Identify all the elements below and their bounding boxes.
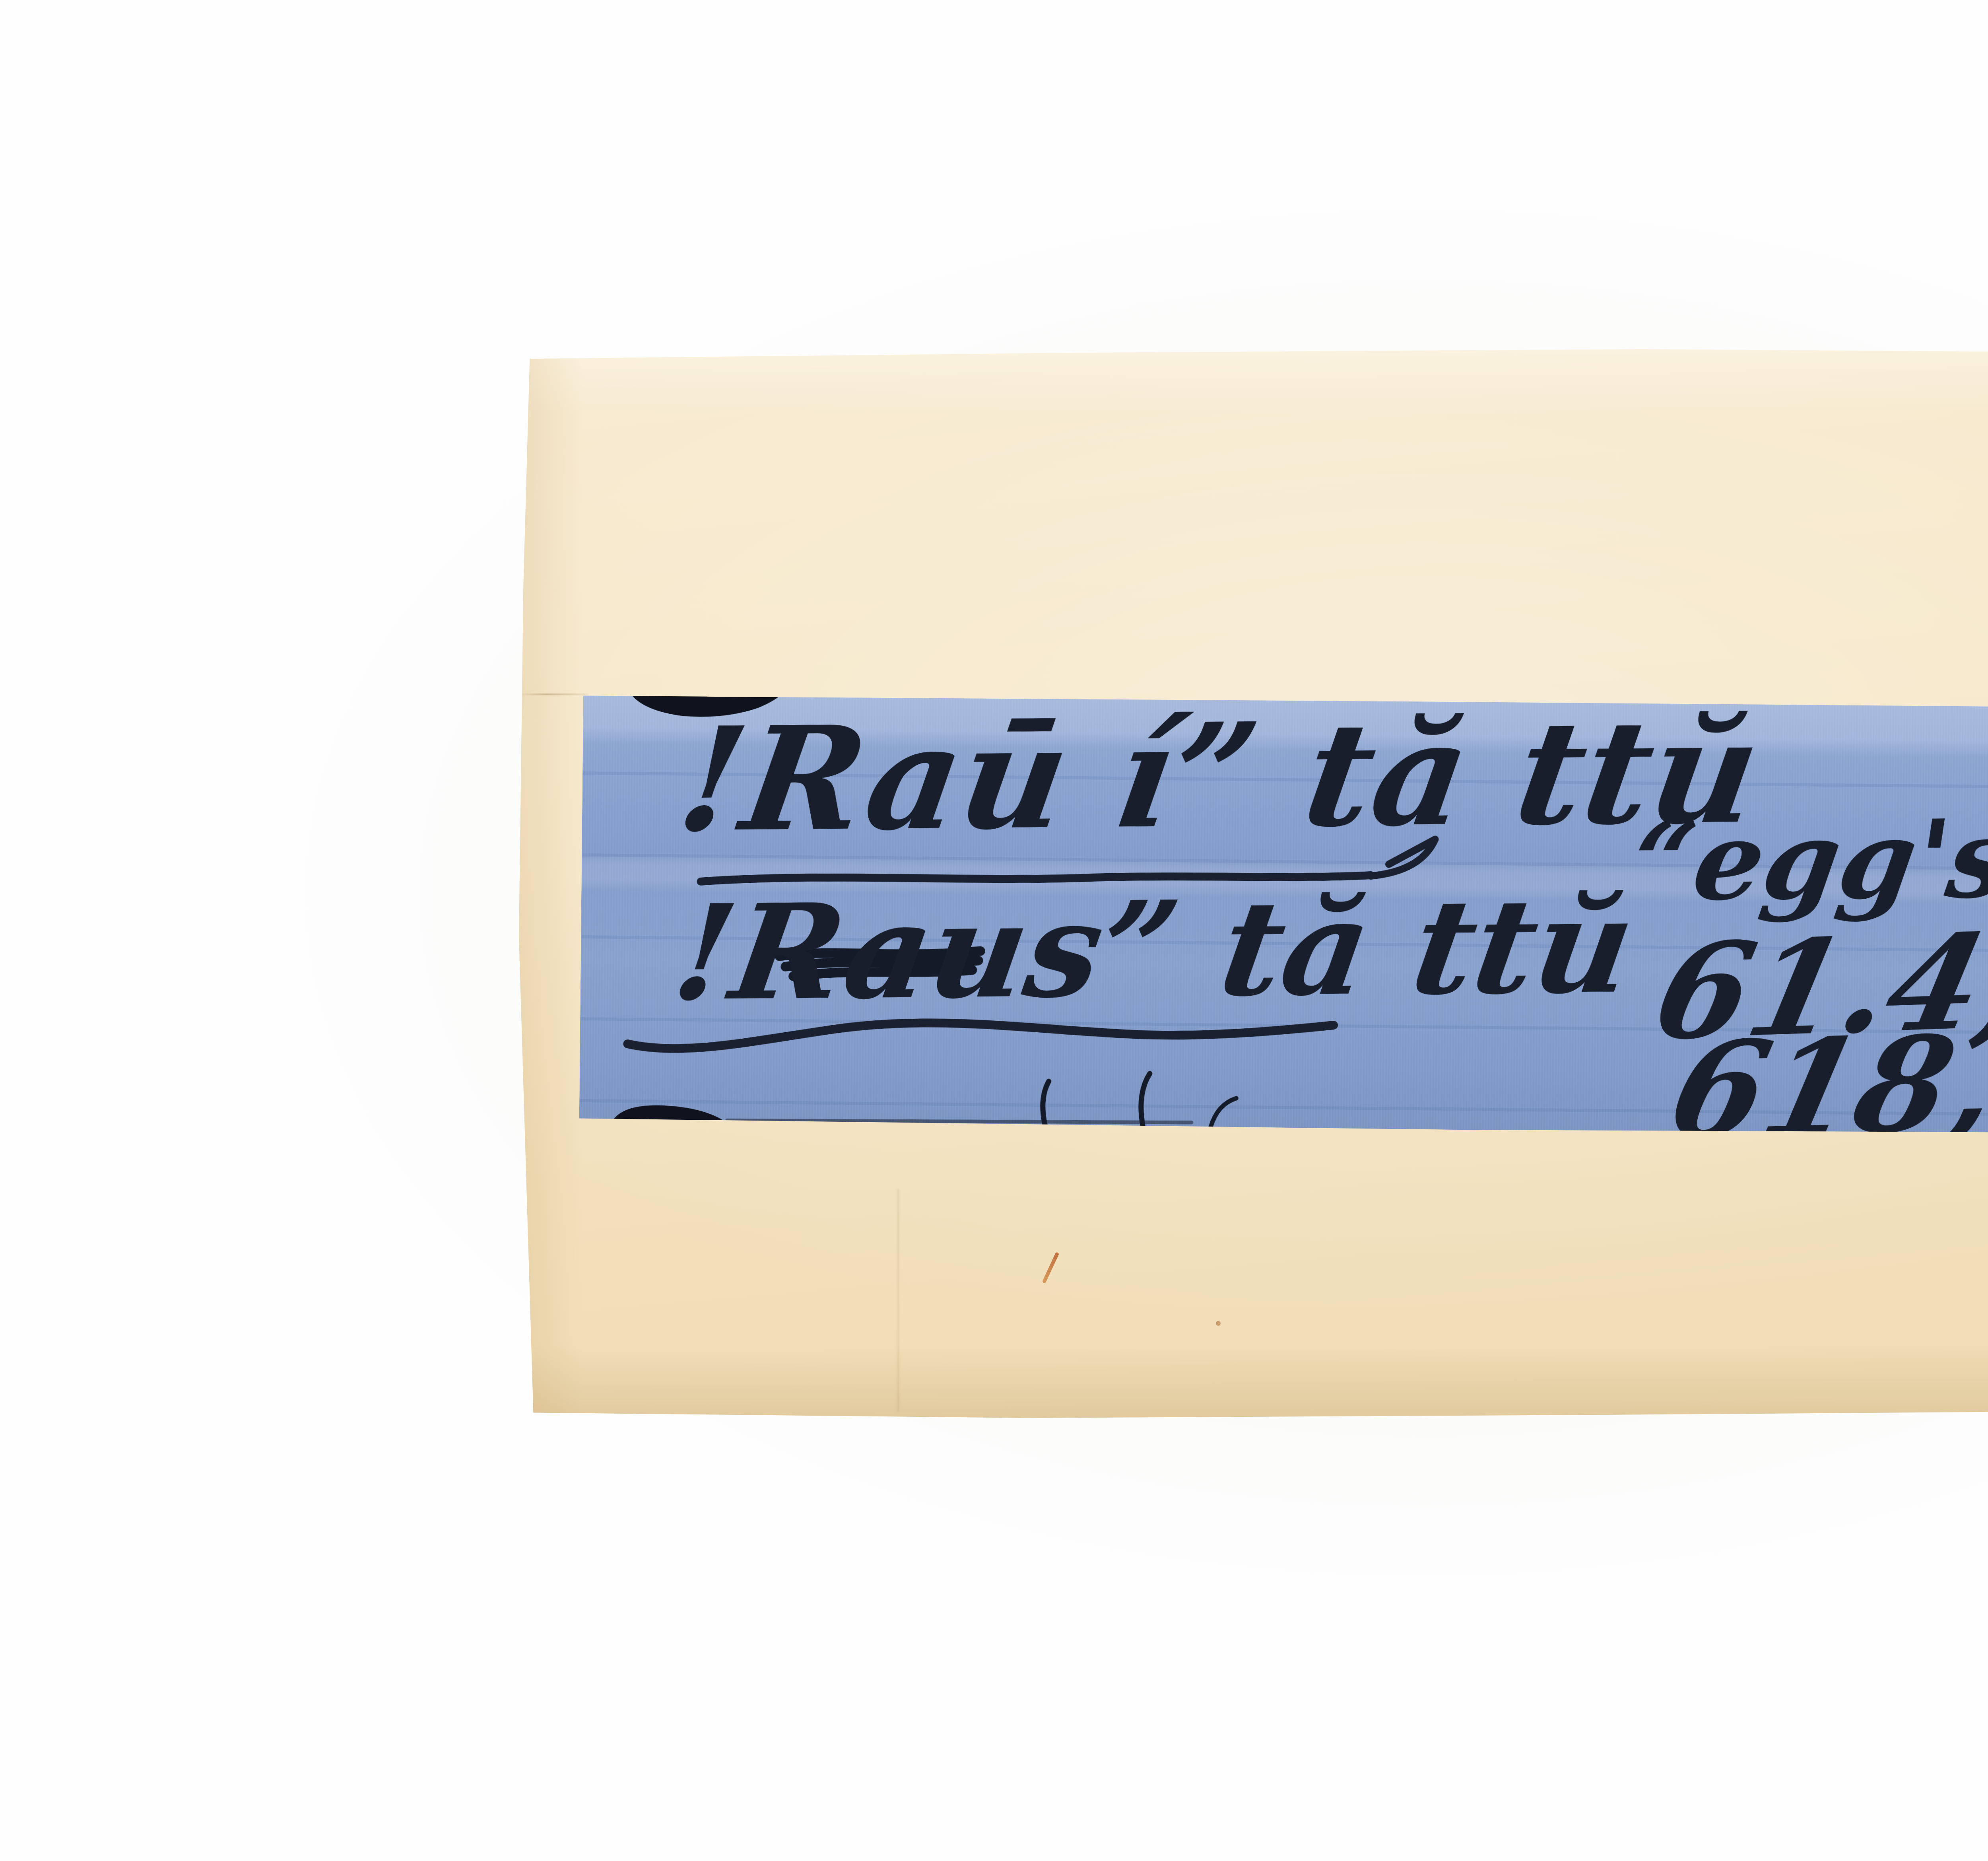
cutoff-stroke (1043, 1081, 1049, 1126)
handwritten-gloss-row1: “egg's shells” (1625, 804, 1988, 913)
mat-paper: !Raū í” tă ttŭ “egg's shells” !Raus” tă … (519, 349, 1988, 1418)
crease-horizontal (519, 694, 588, 695)
foxing-spot (1216, 1321, 1221, 1326)
notebook-reference-2: 618, 19. (1660, 1014, 1988, 1137)
crease-vertical (897, 1189, 899, 1412)
ink-blob-bottom-left (612, 1105, 727, 1123)
blue-slip: !Raū í” tă ttŭ “egg's shells” !Raus” tă … (579, 693, 1988, 1137)
handwritten-word-row2: !Raus” tă ttŭ (667, 884, 1641, 1016)
cutoff-stroke (1211, 1098, 1237, 1128)
photo-backdrop: !Raū í” tă ttŭ “egg's shells” !Raus” tă … (0, 0, 1988, 1861)
handwritten-word-row1: !Raū í” tă ttŭ (671, 704, 1768, 848)
foxing-spot (1042, 1252, 1060, 1284)
cutoff-stroke (1141, 1074, 1150, 1127)
ink-smudge-bottom-edge (727, 1118, 1192, 1125)
